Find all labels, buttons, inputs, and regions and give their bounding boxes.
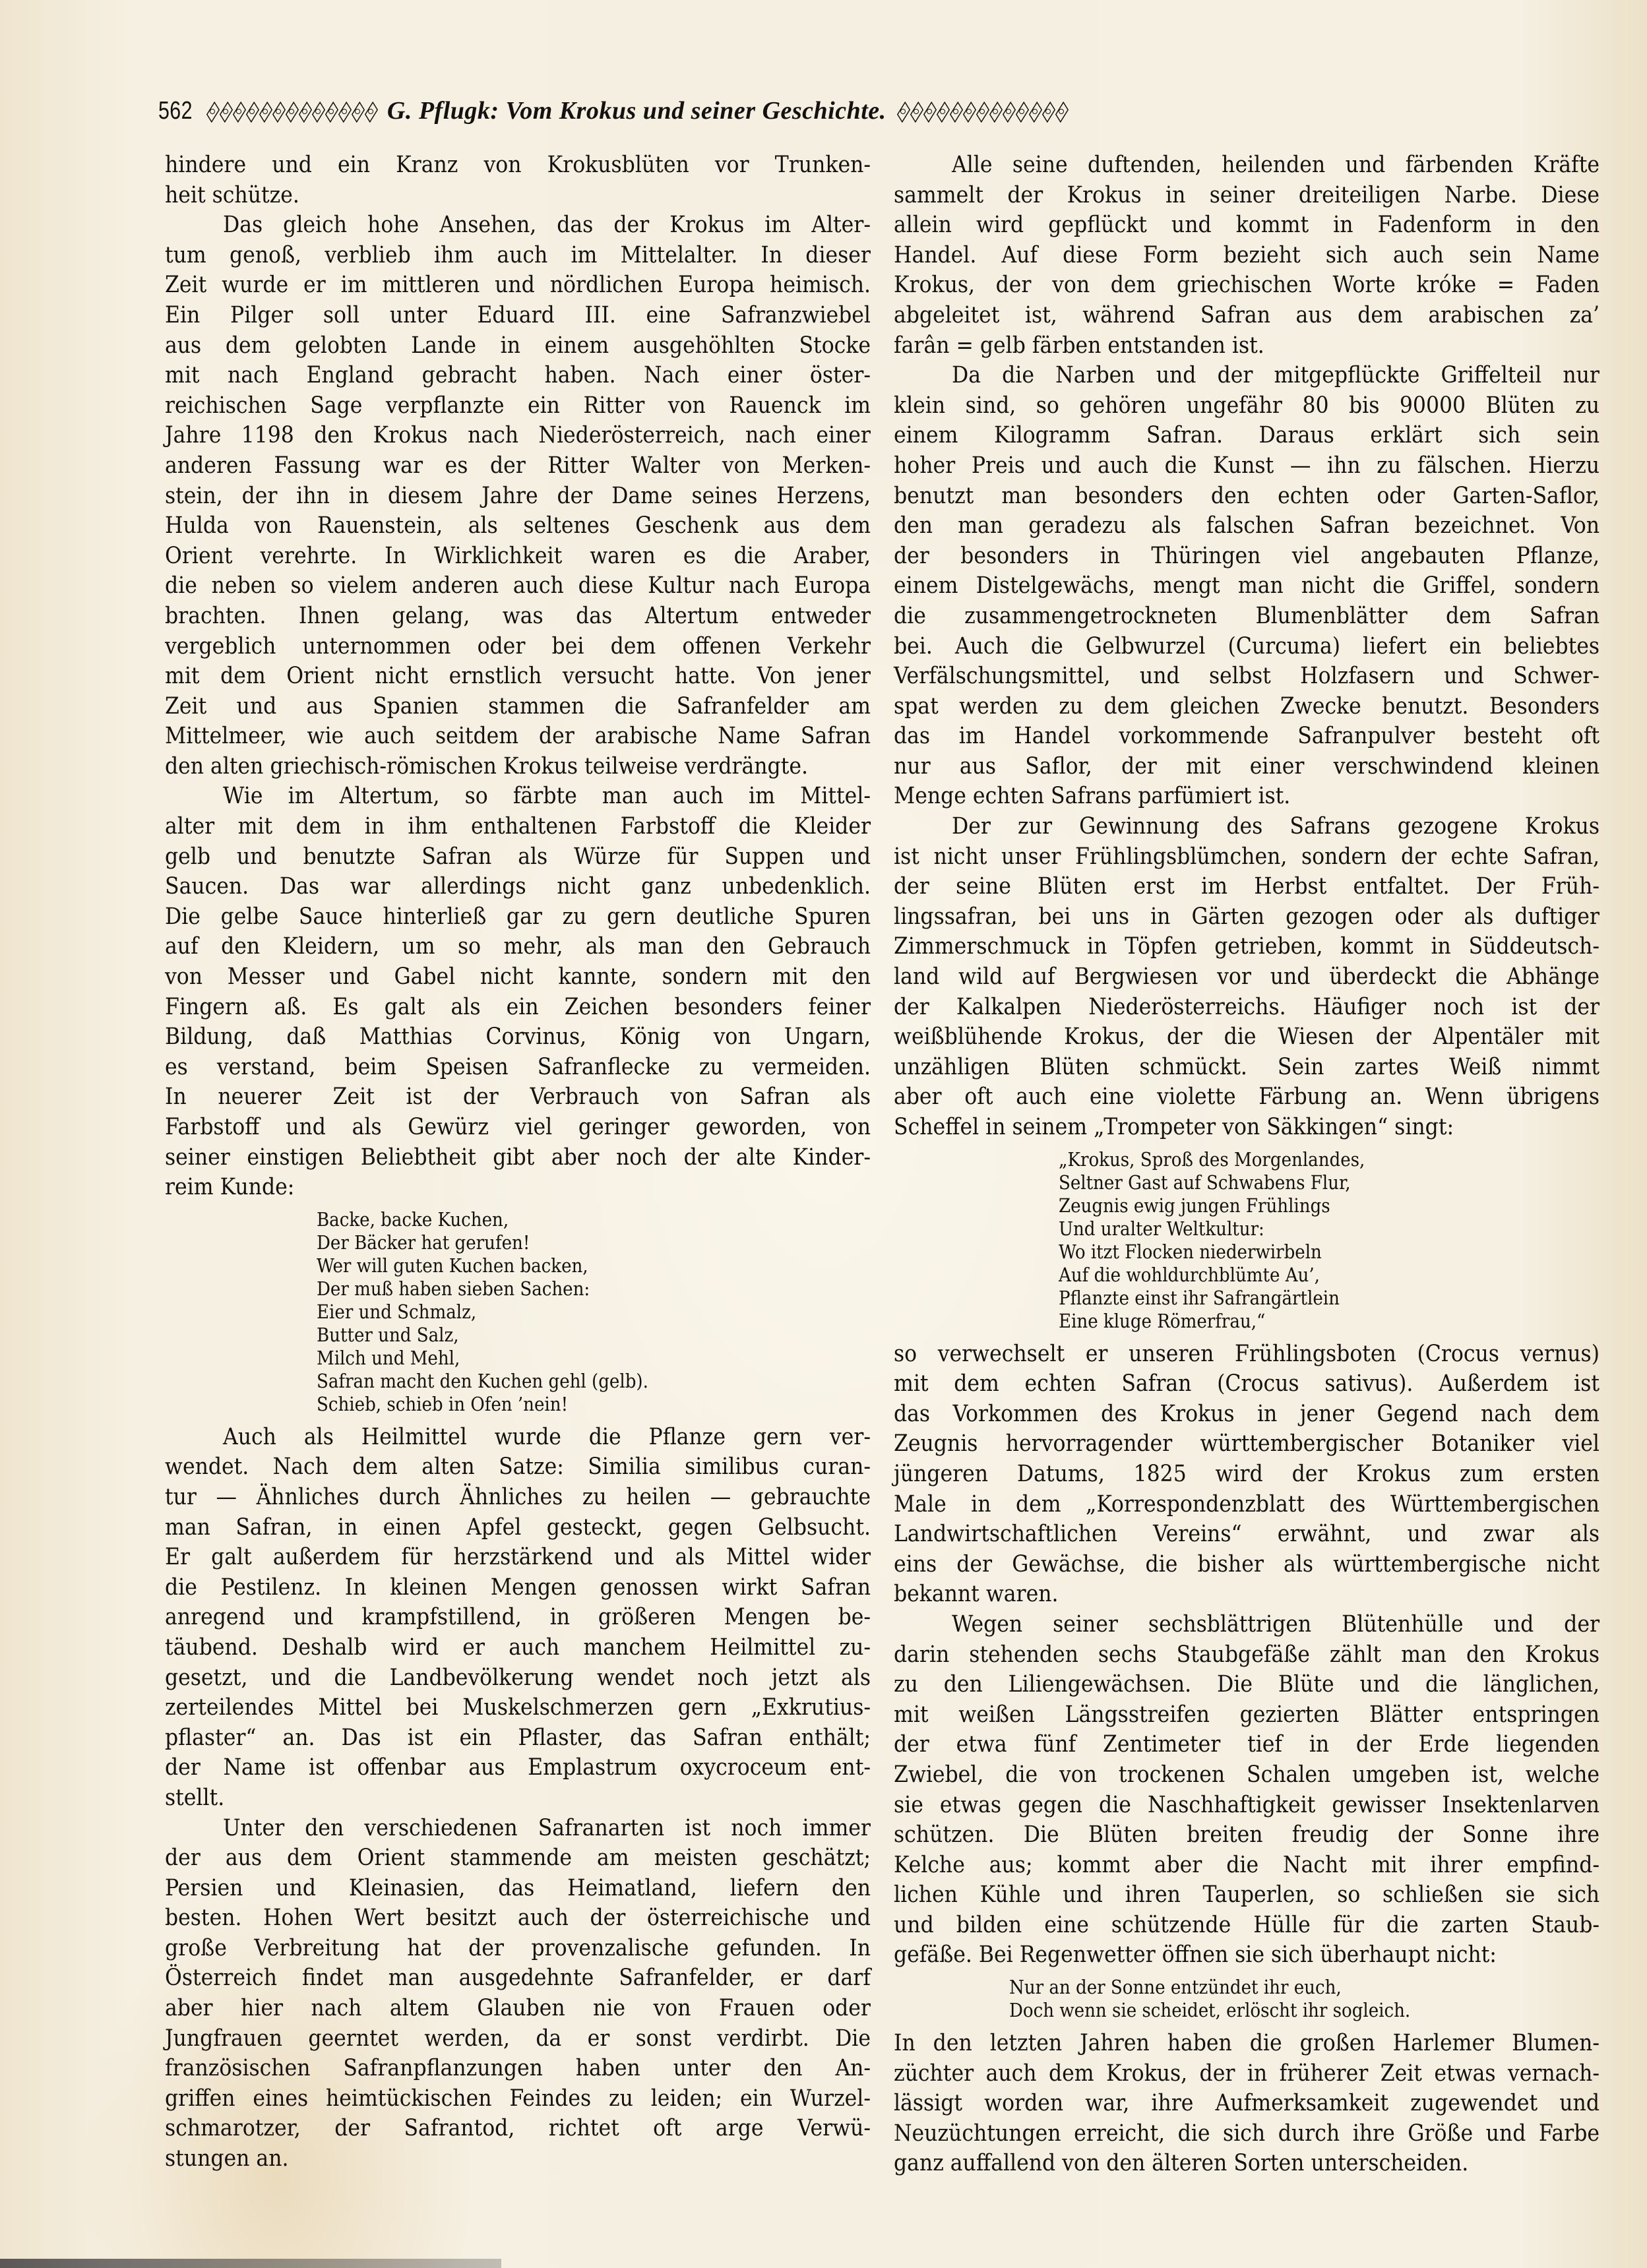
text-line: Wie im Altertum, so färbte man auch im M… (165, 782, 871, 812)
text-line: die neben so vielem anderen auch diese K… (165, 571, 871, 601)
right-paragraphs-b: so verwechselt er unseren Frühlingsboten… (894, 1339, 1600, 1971)
text-line: Farbstoff und als Gewürz viel geringer g… (165, 1113, 871, 1143)
text-line: seiner einstigen Beliebtheit gibt aber n… (165, 1143, 871, 1173)
text-line: man Safran, in einen Apfel gesteckt, geg… (165, 1513, 871, 1543)
text-line: so verwechselt er unseren Frühlingsboten… (894, 1339, 1600, 1370)
paragraph: Das gleich hohe Ansehen, das der Krokus … (165, 210, 871, 782)
text-line: das Vorkommen des Krokus in jener Gegend… (894, 1399, 1600, 1430)
text-line: Unter den verschiedenen Safranarten ist … (165, 1814, 871, 1844)
paragraph: hindere und ein Kranz von Krokusblüten v… (165, 150, 871, 210)
text-line: Neuzüchtungen erreicht, die sich durch i… (894, 2119, 1600, 2149)
text-line: reim Kunde: (165, 1173, 871, 1203)
text-line: land wild auf Bergwiesen vor und überdec… (894, 962, 1600, 993)
text-line: ganz auffallend von den älteren Sorten u… (894, 2149, 1600, 2179)
text-line: Wegen seiner sechsblättrigen Blütenhülle… (894, 1610, 1600, 1640)
text-line: In neuerer Zeit ist der Verbrauch von Sa… (165, 1082, 871, 1113)
text-line: Die gelbe Sauce hinterließ gar zu gern d… (165, 902, 871, 933)
verse-line: Pflanzte einst ihr Safrangärtlein (1059, 1287, 1600, 1310)
paragraph: Auch als Heilmittel wurde die Pflanze ge… (165, 1423, 871, 1814)
text-line: mit dem echten Safran (Crocus sativus). … (894, 1369, 1600, 1399)
text-line: allein wird gepflückt und kommt in Faden… (894, 210, 1600, 241)
verse-line: Doch wenn sie scheidet, erlöscht ihr sog… (1009, 1999, 1600, 2022)
text-line: der seine Blüten erst im Herbst entfalte… (894, 872, 1600, 902)
text-line: Landwirtschaftlichen Vereins“ erwähnt, u… (894, 1519, 1600, 1550)
diamond-ornament-icon (338, 100, 350, 122)
text-line: Orient verehrte. In Wirklichkeit waren e… (165, 541, 871, 572)
text-line: stungen an. (165, 2144, 871, 2174)
text-line: französischen Safranpflanzungen haben un… (165, 2054, 871, 2084)
text-line: gefäße. Bei Regenwetter öffnen sie sich … (894, 1940, 1600, 1971)
text-line: es verstand, beim Speisen Safranflecke z… (165, 1053, 871, 1083)
diamond-ornament-icon (325, 100, 337, 122)
text-line: reichischen Sage verpflanzte ein Ritter … (165, 391, 871, 421)
diamond-ornament-icon (220, 100, 232, 122)
text-line: die Pestilenz. In kleinen Mengen genosse… (165, 1573, 871, 1603)
text-line: den man geradezu als falschen Safran bez… (894, 511, 1600, 541)
text-line: lichen Kühle und ihren Tauperlen, so sch… (894, 1880, 1600, 1911)
text-line: der aus dem Orient stammende am meisten … (165, 1843, 871, 1874)
text-line: Bildung, daß Matthias Corvinus, König vo… (165, 1022, 871, 1053)
text-line: mit dem Orient nicht ernstlich versucht … (165, 661, 871, 692)
diamond-ornament-icon (365, 100, 377, 122)
text-line: anderen Fassung war es der Ritter Walter… (165, 451, 871, 481)
text-line: spat werden zu dem gleichen Zwecke benut… (894, 692, 1600, 722)
running-header: 562 G. Pflugk: Vom Krokus und seiner Ges… (158, 91, 1603, 131)
text-line: tur — Ähnliches durch Ähnliches zu heile… (165, 1483, 871, 1513)
text-line: wendet. Nach dem alten Satze: Similia si… (165, 1452, 871, 1483)
diamond-ornament-icon (233, 100, 245, 122)
text-line: Fingern aß. Es galt als ein Zeichen beso… (165, 993, 871, 1023)
text-line: Jahre 1198 den Krokus nach Niederösterre… (165, 421, 871, 451)
text-line: ist nicht unser Frühlingsblümchen, sonde… (894, 842, 1600, 873)
verse-line: Eier und Schmalz, (317, 1301, 871, 1324)
text-line: hoher Preis und auch die Kunst — ihn zu … (894, 451, 1600, 481)
text-line: große Verbreitung hat der provenzalische… (165, 1934, 871, 1964)
verse-line: Schieb, schieb in Ofen ’nein! (317, 1393, 871, 1416)
text-line: benutzt man besonders den echten oder Ga… (894, 481, 1600, 512)
text-line: sie etwas gegen die Naschhaftigkeit gewi… (894, 1791, 1600, 1821)
text-line: aber hier nach altem Glauben nie von Fra… (165, 1994, 871, 2024)
text-line: Zeit und aus Spanien stammen die Safranf… (165, 692, 871, 722)
verse-line: Wer will guten Kuchen backen, (317, 1254, 871, 1277)
text-line: Ein Pilger soll unter Eduard III. eine S… (165, 301, 871, 331)
diamond-ornament-icon (989, 100, 1001, 122)
text-line: mit nach England gebracht haben. Nach ei… (165, 361, 871, 391)
text-line: einem Distelgewächs, mengt man nicht die… (894, 571, 1600, 601)
right-column: Alle seine duftenden, heilenden und färb… (894, 150, 1600, 2179)
text-line: Alle seine duftenden, heilenden und färb… (894, 150, 1600, 181)
nursery-rhyme-verse: Backe, backe Kuchen,Der Bäcker hat geruf… (165, 1208, 871, 1416)
right-paragraphs-a: Alle seine duftenden, heilenden und färb… (894, 150, 1600, 1143)
text-line: In den letzten Jahren haben die großen H… (894, 2029, 1600, 2059)
text-line: Das gleich hohe Ansehen, das der Krokus … (165, 210, 871, 241)
diamond-ornament-icon (1016, 100, 1028, 122)
diamond-ornament-icon (246, 100, 258, 122)
text-line: Hulda von Rauenstein, als seltenes Gesch… (165, 511, 871, 541)
verse-line: Seltner Gast auf Schwabens Flur, (1059, 1171, 1600, 1194)
diamond-ornament-icon (1029, 100, 1041, 122)
text-line: stellt. (165, 1783, 871, 1814)
text-line: tum genoß, verblieb ihm auch im Mittelal… (165, 241, 871, 271)
text-line: brachten. Ihnen gelang, was das Altertum… (165, 601, 871, 632)
text-line: darin stehenden sechs Staubgefäße zählt … (894, 1640, 1600, 1670)
text-line: Male in dem „Korrespondenzblatt des Würt… (894, 1490, 1600, 1520)
text-line: Menge echten Safrans parfümiert ist. (894, 782, 1600, 812)
text-line: zu den Liliengewächsen. Die Blüte und di… (894, 1670, 1600, 1700)
text-line: gelb und benutzte Safran als Würze für S… (165, 842, 871, 873)
text-line: Zimmerschmuck in Töpfen getrieben, kommt… (894, 932, 1600, 962)
text-line: der besonders in Thüringen viel angebaut… (894, 541, 1600, 572)
diamond-ornament-icon (910, 100, 922, 122)
text-line: bei. Auch die Gelbwurzel (Curcuma) liefe… (894, 632, 1600, 662)
ornament-right (897, 100, 1067, 122)
text-line: Der zur Gewinnung des Safrans gezogene K… (894, 812, 1600, 842)
text-line: mit weißen Längsstreifen gezierten Blätt… (894, 1700, 1600, 1731)
diamond-ornament-icon (937, 100, 948, 122)
text-line: Zwiebel, die von trockenen Schalen umgeb… (894, 1760, 1600, 1791)
text-line: züchter auch dem Krokus, der in früherer… (894, 2059, 1600, 2089)
text-line: Zeit wurde er im mittleren und nördliche… (165, 270, 871, 301)
diamond-ornament-icon (923, 100, 935, 122)
text-line: zerteilendes Mittel bei Muskelschmerzen … (165, 1693, 871, 1723)
paragraph: Wegen seiner sechsblättrigen Blütenhülle… (894, 1610, 1600, 1971)
diamond-ornament-icon (259, 100, 271, 122)
running-title: G. Pflugk: Vom Krokus und seiner Geschic… (387, 96, 886, 125)
text-line: pflaster“ an. Das ist ein Pflaster, das … (165, 1723, 871, 1754)
verse-line: Backe, backe Kuchen, (317, 1208, 871, 1231)
text-line: eins der Gewächse, die bisher als württe… (894, 1550, 1600, 1580)
verse-line: „Krokus, Sproß des Morgenlandes, (1059, 1148, 1600, 1171)
verse-line: Der muß haben sieben Sachen: (317, 1277, 871, 1301)
diamond-ornament-icon (897, 100, 909, 122)
text-line: stein, der ihn in diesem Jahre der Dame … (165, 481, 871, 512)
text-line: Österreich findet man ausgedehnte Safran… (165, 1963, 871, 1994)
paragraph: so verwechselt er unseren Frühlingsboten… (894, 1339, 1600, 1610)
diamond-ornament-icon (299, 100, 311, 122)
diamond-ornament-icon (286, 100, 297, 122)
text-line: vergeblich unternommen oder bei dem offe… (165, 632, 871, 662)
text-line: nur aus Saflor, der mit einer verschwind… (894, 752, 1600, 782)
verse-line: Wo itzt Flocken niederwirbeln (1059, 1241, 1600, 1264)
text-line: Scheffel in seinem „Trompeter von Säkkin… (894, 1113, 1600, 1143)
text-line: Krokus, der von dem griechischen Worte k… (894, 270, 1600, 301)
text-line: der Kalkalpen Niederösterreichs. Häufige… (894, 993, 1600, 1023)
text-line: schmarotzer, der Safrantod, richtet oft … (165, 2114, 871, 2144)
scan-edge-shadow (0, 2259, 501, 2268)
diamond-ornament-icon (1042, 100, 1054, 122)
text-line: Handel. Auf diese Form bezieht sich auch… (894, 241, 1600, 271)
text-line: Zeugnis hervorragender württembergischer… (894, 1429, 1600, 1459)
diamond-ornament-icon (1055, 100, 1067, 122)
text-line: alter mit dem in ihm enthaltenen Farbsto… (165, 812, 871, 842)
text-line: heit schütze. (165, 181, 871, 211)
text-line: hindere und ein Kranz von Krokusblüten v… (165, 150, 871, 181)
page-number: 562 (158, 97, 193, 125)
text-line: Kelche aus; kommt aber die Nacht mit ihr… (894, 1851, 1600, 1881)
text-line: Jungfrauen geerntet werden, da er sonst … (165, 2024, 871, 2054)
text-line: besten. Hohen Wert besitzt auch der öste… (165, 1903, 871, 1934)
text-line: Mittelmeer, wie auch seitdem der arabisc… (165, 721, 871, 752)
text-line: anregend und krampfstillend, in größeren… (165, 1603, 871, 1633)
text-line: der Name ist offenbar aus Emplastrum oxy… (165, 1753, 871, 1783)
text-line: die zusammengetrockneten Blumenblätter d… (894, 601, 1600, 632)
diamond-ornament-icon (352, 100, 363, 122)
diamond-ornament-icon (976, 100, 988, 122)
ornament-left (206, 100, 377, 122)
diamond-ornament-icon (950, 100, 962, 122)
verse-line: Nur an der Sonne entzündet ihr euch, (1009, 1976, 1600, 1999)
paragraph: Da die Narben und der mitgepflückte Grif… (894, 361, 1600, 812)
text-line: bekannt waren. (894, 1579, 1600, 1610)
text-line: Er galt außerdem für herzstärkend und al… (165, 1543, 871, 1573)
left-paragraphs-a: hindere und ein Kranz von Krokusblüten v… (165, 150, 871, 1203)
diamond-ornament-icon (206, 100, 218, 122)
verse-line: Safran macht den Kuchen gehl (gelb). (317, 1370, 871, 1393)
text-line: einem Kilogramm Safran. Daraus erklärt s… (894, 421, 1600, 451)
left-column: hindere und ein Kranz von Krokusblüten v… (165, 150, 871, 2174)
text-line: weißblühende Krokus, der die Wiesen der … (894, 1022, 1600, 1053)
text-line: gesetzt, und die Landbevölkerung wendet … (165, 1663, 871, 1694)
diamond-ornament-icon (312, 100, 324, 122)
text-line: farân = gelb färben entstanden ist. (894, 331, 1600, 361)
paragraph: In den letzten Jahren haben die großen H… (894, 2029, 1600, 2179)
text-line: abgeleitet ist, während Safran aus dem a… (894, 301, 1600, 331)
diamond-ornament-icon (1003, 100, 1014, 122)
verse-line: Auf die wohldurchblümte Au’, (1059, 1264, 1600, 1287)
text-line: und bilden eine schützende Hülle für die… (894, 1911, 1600, 1941)
verse-line: Der Bäcker hat gerufen! (317, 1231, 871, 1254)
text-line: lingssafran, bei uns in Gärten gezogen o… (894, 902, 1600, 933)
diamond-ornament-icon (272, 100, 284, 122)
text-line: Saucen. Das war allerdings nicht ganz un… (165, 872, 871, 902)
paragraph: Alle seine duftenden, heilenden und färb… (894, 150, 1600, 361)
paragraph: Unter den verschiedenen Safranarten ist … (165, 1814, 871, 2174)
text-line: klein sind, so gehören ungefähr 80 bis 9… (894, 391, 1600, 421)
text-line: Verfälschungsmittel, und selbst Holzfase… (894, 661, 1600, 692)
scanned-page: 562 G. Pflugk: Vom Krokus und seiner Ges… (0, 0, 1647, 2268)
text-line: aus dem gelobten Lande in einem ausgehöh… (165, 331, 871, 361)
verse-line: Milch und Mehl, (317, 1347, 871, 1370)
text-line: der etwa fünf Zentimeter tief in der Erd… (894, 1730, 1600, 1760)
verse-line: Butter und Salz, (317, 1324, 871, 1347)
right-paragraphs-c: In den letzten Jahren haben die großen H… (894, 2029, 1600, 2179)
text-line: jüngeren Datums, 1825 wird der Krokus zu… (894, 1459, 1600, 1490)
text-line: Persien und Kleinasien, das Heimatland, … (165, 1874, 871, 1904)
text-line: den alten griechisch-römischen Krokus te… (165, 752, 871, 782)
paragraph: Der zur Gewinnung des Safrans gezogene K… (894, 812, 1600, 1143)
text-line: täubend. Deshalb wird er auch manchem He… (165, 1633, 871, 1663)
scheffel-verse: „Krokus, Sproß des Morgenlandes,Seltner … (894, 1148, 1600, 1333)
verse-line: Eine kluge Römerfrau,“ (1059, 1310, 1600, 1333)
text-line: sammelt der Krokus in seiner dreiteilige… (894, 181, 1600, 211)
text-line: von Messer und Gabel nicht kannte, sonde… (165, 962, 871, 993)
verse-line: Zeugnis ewig jungen Frühlings (1059, 1194, 1600, 1217)
text-line: Da die Narben und der mitgepflückte Grif… (894, 361, 1600, 391)
text-line: schützen. Die Blüten breiten freudig der… (894, 1820, 1600, 1851)
text-line: auf den Kleidern, um so mehr, als man de… (165, 932, 871, 962)
couplet-verse: Nur an der Sonne entzündet ihr euch,Doch… (894, 1976, 1600, 2022)
text-line: das im Handel vorkommende Safranpulver b… (894, 721, 1600, 752)
text-line: lässigt worden war, ihre Aufmerksamkeit … (894, 2089, 1600, 2119)
paragraph: Wie im Altertum, so färbte man auch im M… (165, 782, 871, 1202)
text-line: aber oft auch eine violette Färbung an. … (894, 1082, 1600, 1113)
text-line: griffen eines heimtückischen Feindes zu … (165, 2084, 871, 2114)
text-line: Auch als Heilmittel wurde die Pflanze ge… (165, 1423, 871, 1453)
diamond-ornament-icon (963, 100, 975, 122)
verse-line: Und uralter Weltkultur: (1059, 1217, 1600, 1241)
left-paragraphs-b: Auch als Heilmittel wurde die Pflanze ge… (165, 1423, 871, 2174)
text-line: unzähligen Blüten schmückt. Sein zartes … (894, 1053, 1600, 1083)
